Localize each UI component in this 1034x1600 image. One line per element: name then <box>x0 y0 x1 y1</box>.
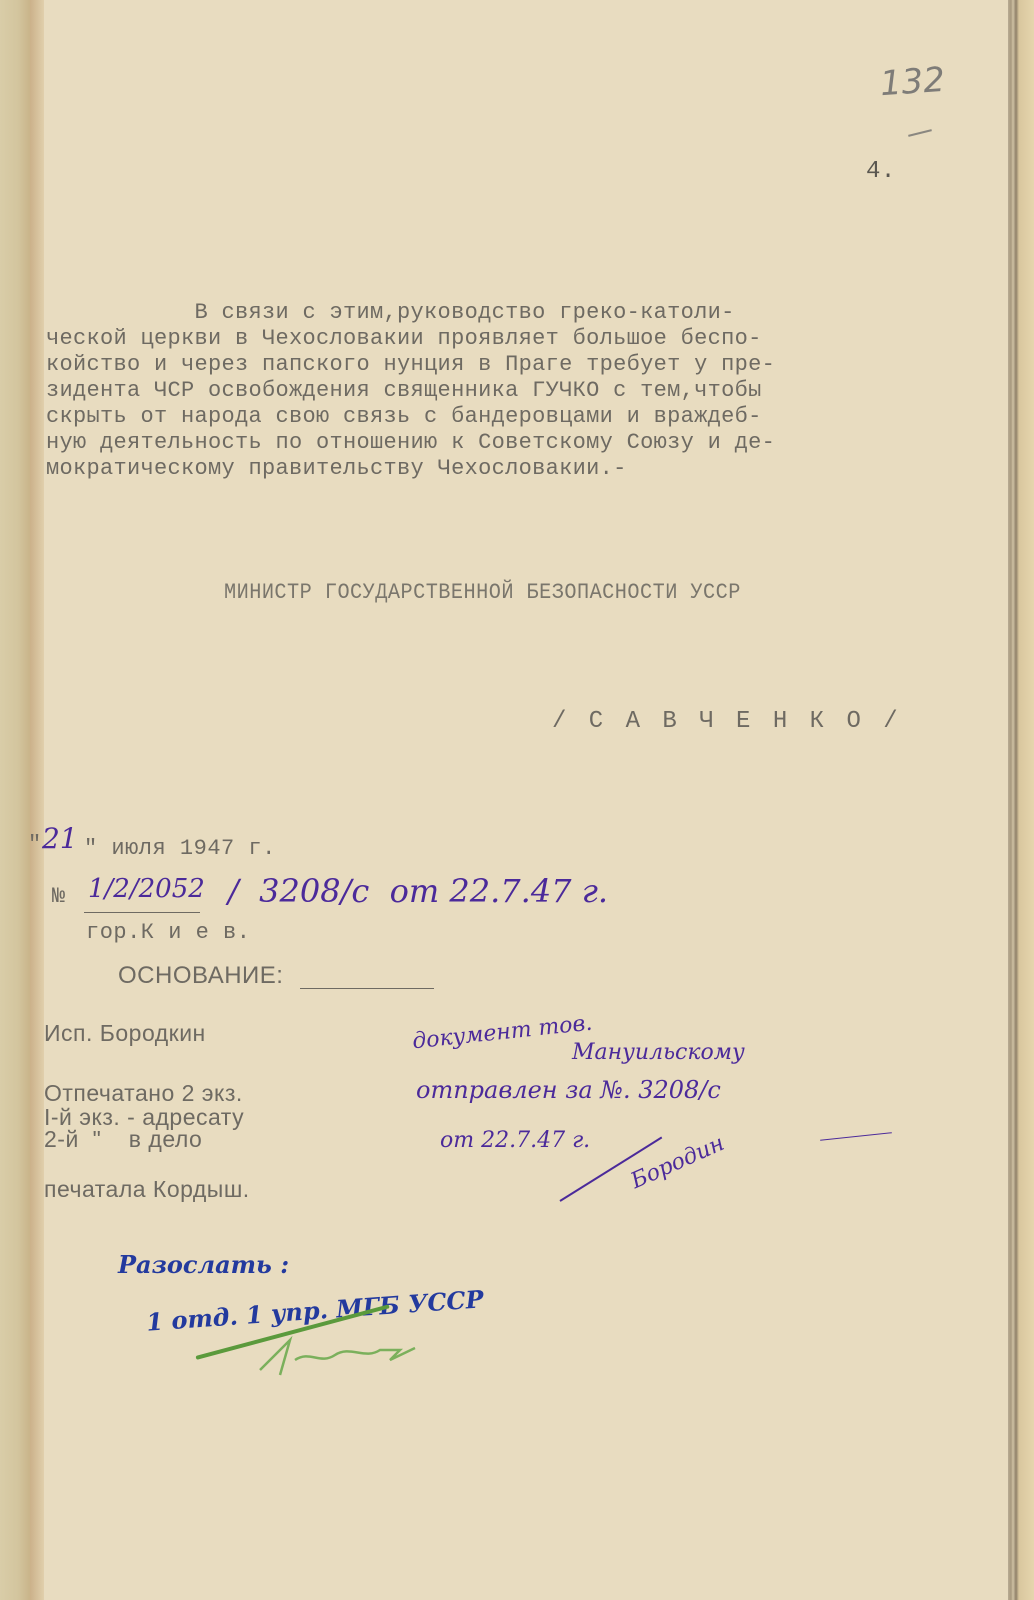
binding-edge-left <box>0 0 30 1600</box>
date-rest: " июля 1947 г. <box>84 836 276 861</box>
registration-annotation: / 3208/с от 22.7.47 г. <box>228 872 608 910</box>
paragraph-line: зидента ЧСР освобождения священника ГУЧК… <box>46 378 986 404</box>
binding-shadow <box>30 0 44 1600</box>
paragraph-line: мократическому правительству Чехословаки… <box>46 456 986 482</box>
paragraph-line: койство и через папского нунция в Праге … <box>46 352 986 378</box>
city: гор.К и е в. <box>86 920 250 945</box>
dispatch-note-line-3: отправлен за №. 3208/с <box>416 1076 721 1104</box>
signatory-name: / С А В Ч Е Н К О / <box>552 708 902 735</box>
typist: печатала Кордыш. <box>44 1176 250 1203</box>
basis-blank-line <box>300 988 434 989</box>
page-number: 4. <box>866 158 896 185</box>
distribution-note-line-1: Разослать : <box>118 1250 289 1279</box>
document-page <box>44 0 1008 1600</box>
paragraph-line: скрыть от народа свою связь с бандеровца… <box>46 404 986 430</box>
copy-2-distribution: 2-й " в дело <box>44 1126 202 1153</box>
dispatch-note-line-2: Мануильскому <box>572 1040 745 1065</box>
sheet-number: 132 <box>879 60 947 104</box>
basis-label: ОСНОВАНИЕ: <box>118 962 283 990</box>
paragraph-line: ную деятельность по отношению к Советско… <box>46 430 986 456</box>
approval-signature-scribble <box>250 1320 430 1380</box>
signatory-title: МИНИСТР ГОСУДАРСТВЕННОЙ БЕЗОПАСНОСТИ УСС… <box>224 580 741 605</box>
paragraph-line: ческой церкви в Чехословакии проявляет б… <box>46 326 986 352</box>
paragraph-line: В связи с этим,руководство греко-католи- <box>46 300 986 326</box>
number-sign: № <box>52 884 66 909</box>
number-underline <box>84 912 200 913</box>
date-day-handwritten: 21 <box>42 822 78 855</box>
outgoing-number-handwritten: 1/2/2052 <box>88 874 205 904</box>
executor: Исп. Бородкин <box>44 1020 206 1047</box>
page-edge-right <box>1008 0 1034 1600</box>
copies-printed: Отпечатано 2 экз. <box>44 1080 243 1107</box>
date-quote-open: " <box>28 832 42 857</box>
dispatch-note-line-4: от 22.7.47 г. <box>440 1128 590 1153</box>
body-paragraph: В связи с этим,руководство греко-католи-… <box>46 300 986 482</box>
